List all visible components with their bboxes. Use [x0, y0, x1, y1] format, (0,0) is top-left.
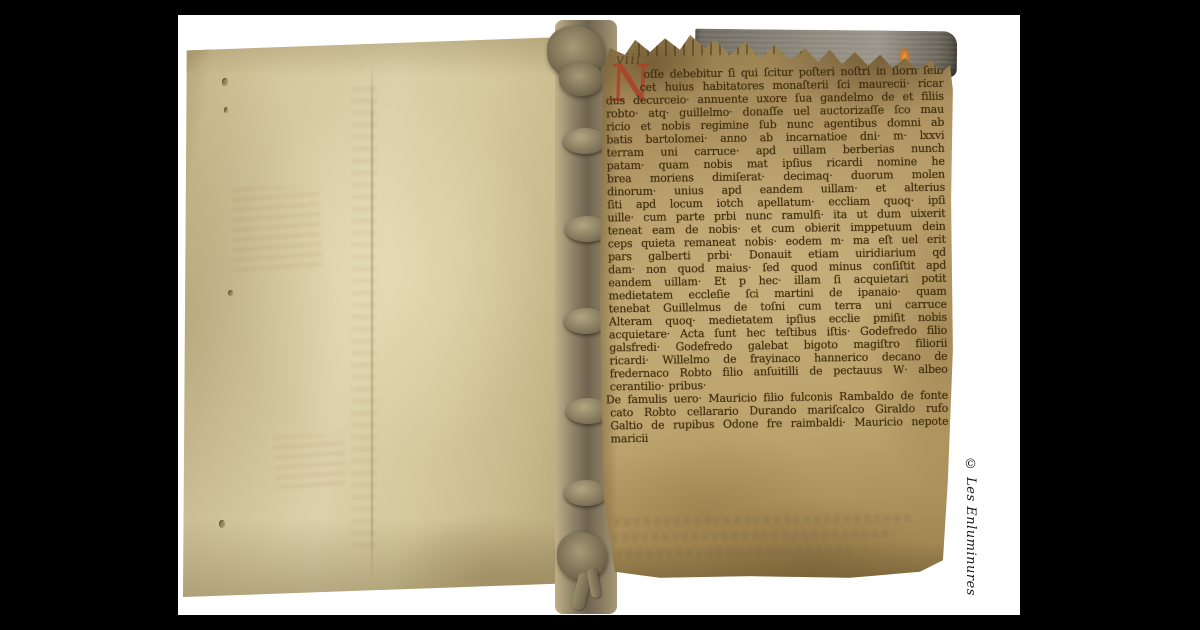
- ink-showthrough-smudge: [274, 434, 346, 488]
- erased-text-trace: [612, 530, 892, 542]
- text-line: acquietare· Acta ſunt hec teſtibus iſtis…: [609, 324, 947, 342]
- text-line: cerantilio· pribus·: [610, 376, 948, 394]
- text-line: pars galberti prbi· Donauit etiam uiridi…: [608, 246, 946, 264]
- text-line: brea moriens dimiſerat· decimaq· duorum …: [607, 168, 945, 186]
- text-line: patam· quam nobis mat ipſius ricardi nom…: [607, 155, 945, 173]
- text-line: ricio et nobis regimine ſub nunc agentib…: [606, 116, 944, 134]
- text-line: dinorum· unius apd eandem uillam· et alt…: [607, 181, 945, 199]
- text-line: Galtio de rupibus Odone fre raimbaldi· M…: [610, 415, 948, 433]
- text-line: galsfredi· Godefredo galebat bigoto magi…: [609, 337, 947, 355]
- page-crease: [371, 62, 373, 582]
- copyright-credit: © Les Enluminures: [954, 457, 978, 597]
- ink-showthrough-column: [351, 87, 377, 549]
- text-line: dus decurceio· annuente uxore ſua gandel…: [606, 90, 944, 108]
- binding-cord: [564, 480, 608, 506]
- folio-number: viii: [616, 52, 641, 68]
- parchment-hole: [219, 520, 225, 528]
- right-page-text-leaf: viii N oſſe debebitur ſi qui ſcitur poſt…: [600, 30, 955, 580]
- parchment-hole: [222, 78, 228, 86]
- text-line: teneat eam de nobis· et cum obierit impp…: [608, 220, 946, 238]
- dogear-corner-fold: [183, 43, 217, 77]
- text-line: robto· atq· guillelmo· donaſſe uel aucto…: [606, 103, 944, 121]
- text-line: De famulis uero· Mauricio filio fulconis…: [606, 389, 948, 407]
- parchment-hole: [224, 107, 228, 113]
- manuscript-text-block: oſſe debebitur ſi qui ſcitur poſteri noſ…: [605, 64, 948, 446]
- text-line: cet huius habitatores monaſterii ſci mau…: [640, 77, 944, 94]
- parchment-hole: [228, 290, 233, 296]
- left-page-vellum: [183, 37, 565, 597]
- binding-knot-top: [559, 62, 603, 96]
- text-line: ſiti apd locum iotch apellatum· eccliam …: [607, 194, 945, 212]
- text-line: terram uni carruce· apd uillam berberias…: [606, 142, 944, 160]
- photo-canvas: viii N oſſe debebitur ſi qui ſcitur poſt…: [178, 15, 1020, 615]
- text-line: uille· cum parte prbi nunc ramulfi· ita …: [607, 207, 945, 225]
- erased-text-trace: [614, 514, 914, 526]
- ink-showthrough-smudge: [232, 185, 323, 272]
- text-line: batis bartolomei· anno ab incarnatioe dn…: [606, 129, 944, 147]
- text-line: ceps quieta remaneat nobis· eodem m· ma …: [608, 233, 946, 251]
- illuminated-initial: N: [609, 57, 651, 109]
- text-line: dam· non quod maius· ſed quod minus conſ…: [608, 259, 946, 277]
- text-line: maricii: [610, 428, 948, 446]
- text-line: eandem uillam· Et p hec· illam ſi acquie…: [608, 272, 946, 290]
- text-line: medietatem eccleſie ſci martini de ipana…: [608, 285, 946, 303]
- text-line: oſſe debebitur ſi qui ſcitur poſteri noſ…: [643, 64, 943, 81]
- erased-text-trace: [616, 546, 856, 557]
- text-line: Alteram quoq· medietatem ipſius ecclie p…: [609, 311, 947, 329]
- text-line: tenebat Guillelmus de toſni cum terra un…: [609, 298, 947, 316]
- binding-cord: [563, 128, 607, 154]
- text-line: ricardi· Willelmo de frayinaco hannerico…: [609, 350, 947, 368]
- text-line: cato Robto cellarario Durando mariſcalco…: [610, 402, 948, 420]
- text-line: fredernaco Robto filio anſuitilli de pec…: [610, 363, 948, 381]
